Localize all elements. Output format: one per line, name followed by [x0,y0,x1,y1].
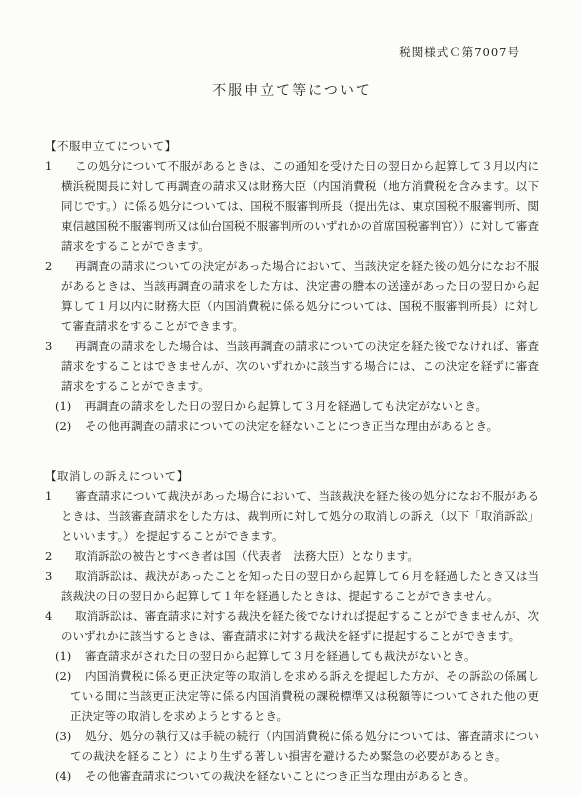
item-number: 1 [45,486,75,506]
subitem-text: その他再調査の請求についての決定を経ないことにつき正当な理由があるとき。 [85,419,498,433]
numbered-item: 1この処分について不服があるときは、この通知を受けた日の翌日から起算して３月以内… [45,156,539,256]
numbered-subitem: (1)審査請求がされた日の翌日から起算して３月を経過しても裁決がないとき。 [55,646,539,666]
document-title: 不服申立て等について [45,80,539,102]
form-number: 税関様式Ｃ第7007号 [45,44,539,60]
numbered-item: 1審査請求について裁決があった場合において、当該裁決を経た後の処分になお不服があ… [45,486,539,546]
numbered-subitem: (2)その他再調査の請求についての決定を経ないことにつき正当な理由があるとき。 [55,416,539,436]
numbered-item: 2再調査の請求についての決定があった場合において、当該決定を経た後の処分になお不… [45,256,539,336]
document-page: 税関様式Ｃ第7007号 不服申立て等について 【不服申立てについて】 1この処分… [0,0,581,796]
item-text: 再調査の請求についての決定があった場合において、当該決定を経た後の処分になお不服… [61,259,539,333]
section-appeals: 【不服申立てについて】 1この処分について不服があるときは、この通知を受けた日の… [45,136,539,436]
item-number: 3 [45,336,75,356]
subitem-text: 内国消費税に係る更正決定等の取消しを求める訴えを提起した方が、その訴訟の係属して… [70,669,539,723]
numbered-item: 4取消訴訟は、審査請求に対する裁決を経た後でなければ提起することができませんが、… [45,606,539,646]
item-text: 取消訴訟は、裁決があったことを知った日の翌日から起算して６月を経過したとき又は当… [61,569,539,603]
numbered-subitem: (4)その他審査請求についての裁決を経ないことにつき正当な理由があるとき。 [55,766,539,786]
subitem-number: (1) [55,646,85,666]
section-revocation-suit: 【取消しの訴えについて】 1審査請求について裁決があった場合において、当該裁決を… [45,466,539,786]
item-text: この処分について不服があるときは、この通知を受けた日の翌日から起算して３月以内に… [61,159,539,253]
section-revocation-heading: 【取消しの訴えについて】 [45,466,539,486]
subitem-number: (1) [55,396,85,416]
item-number: 2 [45,546,75,566]
item-text: 審査請求について裁決があった場合において、当該裁決を経た後の処分になお不服がある… [61,489,539,543]
item-number: 3 [45,566,75,586]
subitem-number: (3) [55,726,85,746]
item-text: 再調査の請求をした場合は、当該再調査の請求についての決定を経た後でなければ、審査… [61,339,539,393]
item-text: 取消訴訟の被告とすべき者は国（代表者 法務大臣）となります。 [75,549,419,563]
subitem-number: (2) [55,416,85,436]
item-number: 2 [45,256,75,276]
item-number: 1 [45,156,75,176]
subitem-number: (4) [55,766,85,786]
numbered-item: 3取消訴訟は、裁決があったことを知った日の翌日から起算して６月を経過したとき又は… [45,566,539,606]
section-appeals-heading: 【不服申立てについて】 [45,136,539,156]
subitem-text: その他審査請求についての裁決を経ないことにつき正当な理由があるとき。 [85,769,475,783]
subitem-text: 処分、処分の執行又は手続の続行（内国消費税に係る処分については、審査請求について… [70,729,539,763]
numbered-item: 3再調査の請求をした場合は、当該再調査の請求についての決定を経た後でなければ、審… [45,336,539,396]
subitem-text: 審査請求がされた日の翌日から起算して３月を経過しても裁決がないとき。 [85,649,476,663]
subitem-number: (2) [55,666,85,686]
numbered-item: 2取消訴訟の被告とすべき者は国（代表者 法務大臣）となります。 [45,546,539,566]
numbered-subitem: (1)再調査の請求をした日の翌日から起算して３月を経過しても決定がないとき。 [55,396,539,416]
item-text: 取消訴訟は、審査請求に対する裁決を経た後でなければ提起することができませんが、次… [61,609,539,643]
numbered-subitem: (3)処分、処分の執行又は手続の続行（内国消費税に係る処分については、審査請求に… [55,726,539,766]
item-number: 4 [45,606,75,626]
numbered-subitem: (2)内国消費税に係る更正決定等の取消しを求める訴えを提起した方が、その訴訟の係… [55,666,539,726]
subitem-text: 再調査の請求をした日の翌日から起算して３月を経過しても決定がないとき。 [85,399,487,413]
